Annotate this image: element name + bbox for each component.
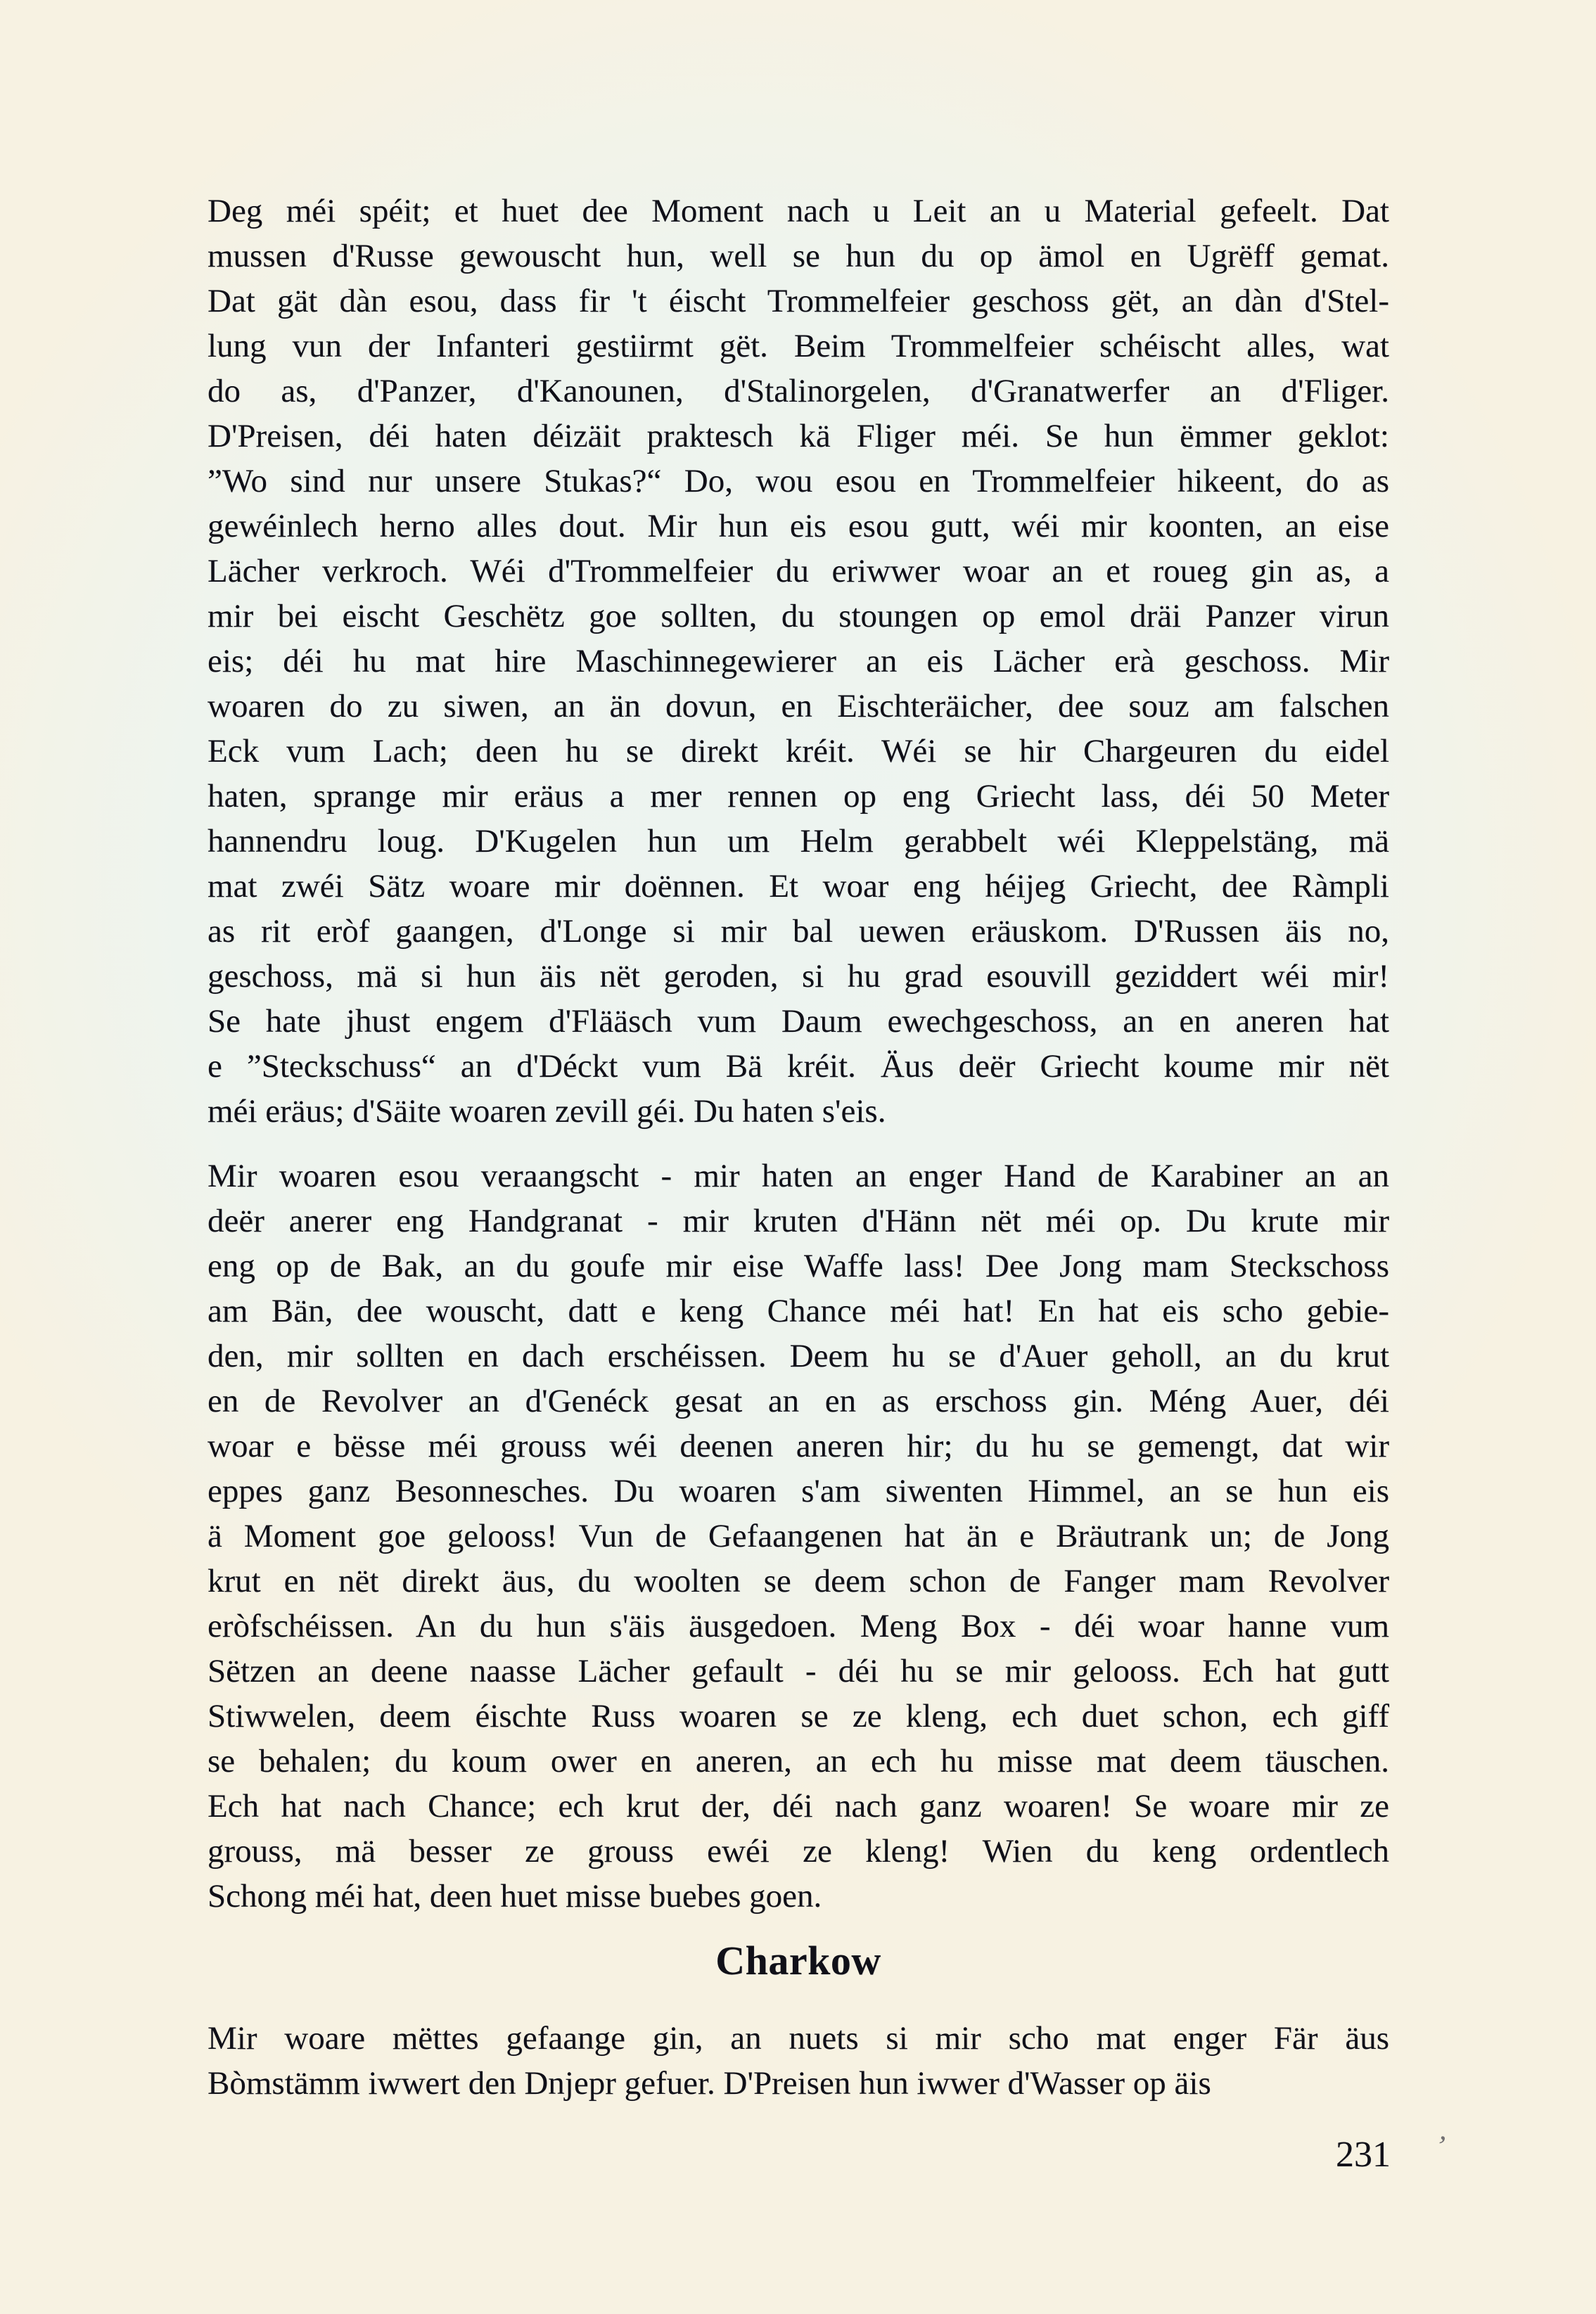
text-line: Se hate jhust engem d'Flääsch vum Daum e… (208, 999, 1389, 1044)
text-line: mussen d'Russe gewouscht hun, well se hu… (208, 234, 1389, 279)
text-line: Mir woare mëttes gefaange gin, an nuets … (208, 2016, 1389, 2061)
text-line: woaren do zu siwen, an än dovun, en Eisc… (208, 684, 1389, 729)
body-paragraph-2: Mir woaren esou veraangscht - mir haten … (208, 1153, 1389, 1919)
text-line: mir bei eischt Geschëtz goe sollten, du … (208, 594, 1389, 639)
text-line: Mir woaren esou veraangscht - mir haten … (208, 1153, 1389, 1198)
text-line: eng op de Bak, an du goufe mir eise Waff… (208, 1244, 1389, 1289)
text-line: grouss, mä besser ze grouss ewéi ze klen… (208, 1829, 1389, 1874)
text-line: Bòmstämm iwwert den Dnjepr gefuer. D'Pre… (208, 2061, 1389, 2106)
text-line: méi eräus; d'Säite woaren zevill géi. Du… (208, 1089, 1389, 1134)
text-line: ”Wo sind nur unsere Stukas?“ Do, wou eso… (208, 459, 1389, 504)
text-line: deër anerer eng Handgranat - mir kruten … (208, 1198, 1389, 1244)
scanned-book-page: Deg méi spéit; et huet dee Moment nach u… (0, 0, 1596, 2314)
text-line: D'Preisen, déi haten déizäit praktesch k… (208, 414, 1389, 459)
text-line: gewéinlech herno alles dout. Mir hun eis… (208, 504, 1389, 549)
text-line: Schong méi hat, deen huet misse buebes g… (208, 1874, 1389, 1919)
text-line: Ech hat nach Chance; ech krut der, déi n… (208, 1784, 1389, 1829)
body-paragraph-3: Mir woare mëttes gefaange gin, an nuets … (208, 2016, 1389, 2106)
text-line: e ”Steckschuss“ an d'Déckt vum Bä kréit.… (208, 1044, 1389, 1089)
text-line: en de Revolver an d'Genéck gesat an en a… (208, 1379, 1389, 1424)
text-line: Stiwwelen, deem éischte Russ woaren se z… (208, 1694, 1389, 1739)
page-number: 231 (1336, 2135, 1391, 2175)
text-line: Deg méi spéit; et huet dee Moment nach u… (208, 188, 1389, 234)
text-line: den, mir sollten en dach erschéissen. De… (208, 1334, 1389, 1379)
text-line: Sëtzen an deene naasse Lächer gefault - … (208, 1649, 1389, 1694)
section-heading: Charkow (208, 1936, 1389, 1986)
text-line: Lächer verkroch. Wéi d'Trommelfeier du e… (208, 549, 1389, 594)
text-block: Deg méi spéit; et huet dee Moment nach u… (208, 188, 1389, 2106)
text-line: ä Moment goe gelooss! Vun de Gefaangenen… (208, 1514, 1389, 1559)
body-paragraph-1: Deg méi spéit; et huet dee Moment nach u… (208, 188, 1389, 1134)
text-line: geschoss, mä si hun äis nët geroden, si … (208, 954, 1389, 999)
text-line: se behalen; du koum ower en aneren, an e… (208, 1739, 1389, 1784)
text-line: eis; déi hu mat hire Maschinnegewierer a… (208, 639, 1389, 684)
text-line: woar e bësse méi grouss wéi deenen anere… (208, 1424, 1389, 1469)
text-line: hannendru loug. D'Kugelen hun um Helm ge… (208, 819, 1389, 864)
text-line: do as, d'Panzer, d'Kanounen, d'Stalinorg… (208, 369, 1389, 414)
scan-artifact-mark: ’ (1434, 2129, 1449, 2164)
text-line: haten, sprange mir eräus a mer rennen op… (208, 774, 1389, 819)
text-line: as rit eròf gaangen, d'Longe si mir bal … (208, 909, 1389, 954)
text-line: am Bän, dee wouscht, datt e keng Chance … (208, 1289, 1389, 1334)
text-line: eppes ganz Besonnesches. Du woaren s'am … (208, 1469, 1389, 1514)
text-line: mat zwéi Sätz woare mir doënnen. Et woar… (208, 864, 1389, 909)
text-line: Eck vum Lach; deen hu se direkt kréit. W… (208, 729, 1389, 774)
text-line: krut en nët direkt äus, du woolten se de… (208, 1559, 1389, 1604)
text-line: Dat gät dàn esou, dass fir 't éischt Tro… (208, 279, 1389, 324)
text-line: lung vun der Infanteri gestiirmt gët. Be… (208, 324, 1389, 369)
text-line: eròfschéissen. An du hun s'äis äusgedoen… (208, 1604, 1389, 1649)
